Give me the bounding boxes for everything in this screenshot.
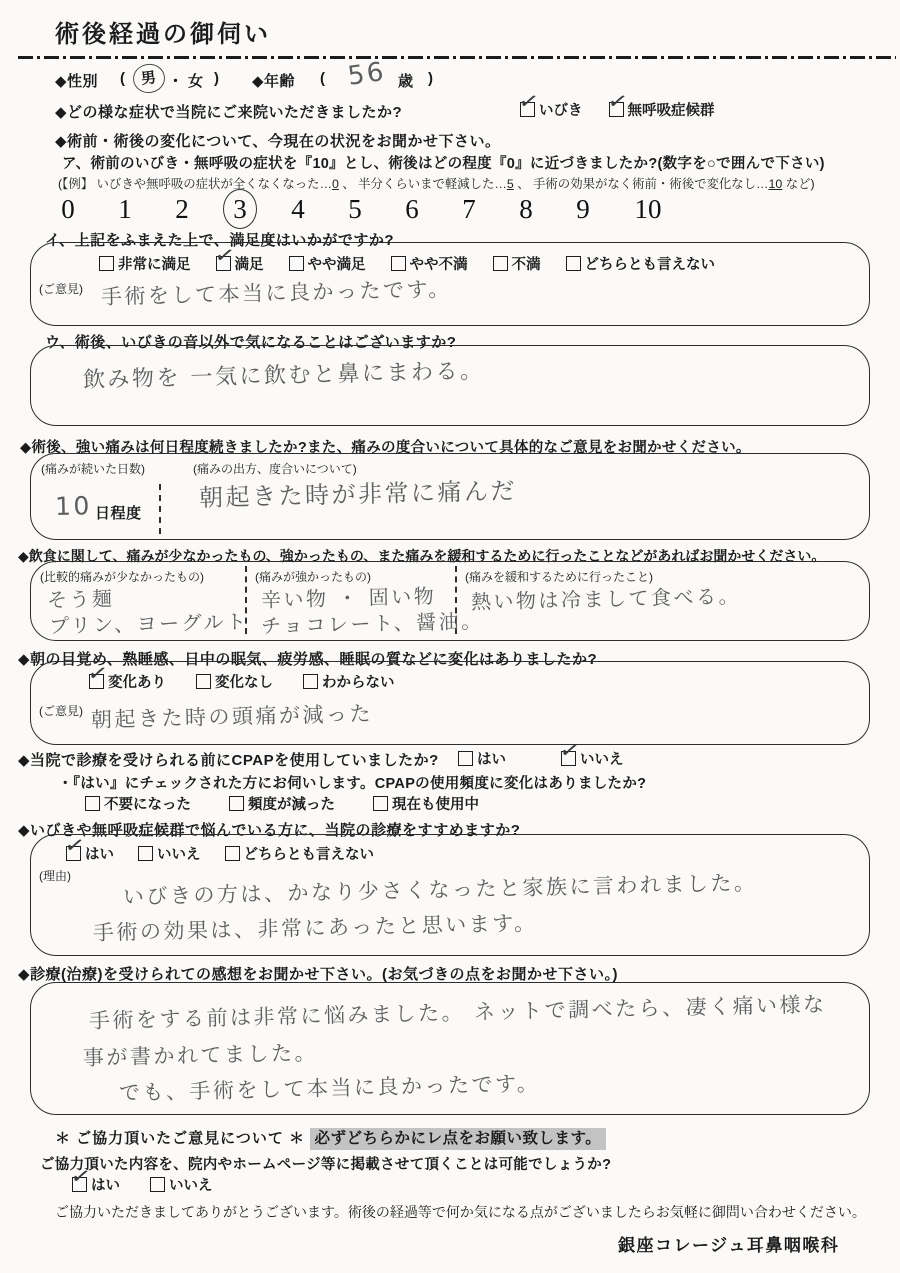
example-value-10: 10 <box>768 177 782 191</box>
checkbox-icon <box>89 674 104 689</box>
example-text: など) <box>782 177 814 191</box>
checkbox-label: 不要になった <box>104 793 191 814</box>
checkbox-icon <box>520 102 535 117</box>
rating-scale: 012345678910 <box>52 189 697 229</box>
scale-number[interactable]: 9 <box>567 190 599 228</box>
checkbox-icon <box>225 846 240 861</box>
age-paren-open: ( <box>320 70 326 87</box>
checkbox-cpap-no[interactable]: いいえ <box>561 748 624 769</box>
page-title: 術後経過の御伺い <box>55 14 271 49</box>
change-sub-question: ア、術前のいびき・無呼吸の症状を『10』とし、術後はどの程度『0』に近づきました… <box>62 152 825 173</box>
handwritten-food-low-pain-2: プリン、ヨーグルト <box>49 605 249 639</box>
checkbox-change-yes[interactable]: 変化あり <box>89 671 166 692</box>
checkbox-somewhat-satisfied[interactable]: やや満足 <box>289 253 366 274</box>
checkbox-label: 現在も使用中 <box>392 793 479 814</box>
checkbox-label: 無呼吸症候群 <box>628 99 715 120</box>
checkbox-icon <box>561 751 576 766</box>
checkbox-icon <box>196 674 211 689</box>
publish-options: はい いいえ <box>72 1174 213 1195</box>
scale-number[interactable]: 1 <box>109 190 141 228</box>
scale-number[interactable]: 7 <box>453 190 485 228</box>
gender-male-circled[interactable]: 男 <box>131 62 166 95</box>
checkbox-icon <box>303 674 318 689</box>
comment-label: (ご意見) <box>39 702 83 719</box>
checkbox-recommend-yes[interactable]: はい <box>66 843 114 864</box>
checkbox-label: はい <box>477 748 506 769</box>
checkbox-icon <box>391 256 406 271</box>
age-label: ◆年齢 <box>252 70 295 91</box>
handwritten-sleep-comment: 朝起きた時の頭痛が減った <box>91 698 374 734</box>
checkbox-change-no[interactable]: 変化なし <box>196 671 273 692</box>
recommend-options: はい いいえ どちらとも言えない <box>66 843 374 864</box>
checkbox-icon <box>216 256 231 271</box>
checkbox-recommend-no[interactable]: いいえ <box>138 843 201 864</box>
checkbox-icon <box>289 256 304 271</box>
checkbox-icon <box>99 256 114 271</box>
scale-number[interactable]: 3 <box>223 189 257 229</box>
checkbox-label: 頻度が減った <box>248 793 335 814</box>
checkbox-cpap-yes[interactable]: はい <box>458 748 506 769</box>
gender-paren-open: ( <box>120 70 126 87</box>
checkbox-snoring[interactable]: いびき <box>520 99 583 120</box>
checkbox-recommend-neither[interactable]: どちらとも言えない <box>225 843 375 864</box>
cpap-followup-options: 不要になった 頻度が減った 現在も使用中 <box>85 793 479 814</box>
answer-box-pain: (痛みが続いた日数) (痛みの出方、度合いについて) 10 日程度 朝起きた時が… <box>30 453 870 540</box>
checkbox-icon <box>566 256 581 271</box>
pain-days-label: (痛みが続いた日数) <box>41 460 145 477</box>
dash-dot-divider <box>18 56 896 59</box>
gender-female[interactable]: 女 <box>188 70 204 91</box>
checkbox-icon <box>150 1177 165 1192</box>
satisfaction-options: 非常に満足 満足 やや満足 やや不満 不満 どちらとも言えない <box>99 253 715 274</box>
checkbox-label: どちらとも言えない <box>585 253 716 274</box>
answer-box-impression: 手術をする前は非常に悩みました。 ネットで調べたら、凄く痛い様な 事が書かれてま… <box>30 982 870 1115</box>
checkbox-icon <box>66 846 81 861</box>
checkbox-label: 変化なし <box>215 671 273 692</box>
checkbox-change-unknown[interactable]: わからない <box>303 671 395 692</box>
handwritten-age: 56 <box>346 57 388 92</box>
checkbox-label: いいえ <box>580 748 624 769</box>
checkbox-very-satisfied[interactable]: 非常に満足 <box>99 253 191 274</box>
answer-box-recommend: はい いいえ どちらとも言えない (理由) いびきの方は、かなり少さくなったと家… <box>30 834 870 956</box>
handwritten-food-high-pain-2: チョコレート、醤油。 <box>261 605 484 639</box>
cpap-options: はい いいえ <box>458 748 624 769</box>
checkbox-satisfied[interactable]: 満足 <box>216 253 264 274</box>
column-divider <box>159 484 161 534</box>
publish-question: ご協力頂いた内容を、院内やホームページ等に掲載させて頂くことは可能でしょうか? <box>40 1153 611 1174</box>
age-unit: 歳 <box>398 70 414 91</box>
checkbox-label: やや満足 <box>308 253 366 274</box>
footer-note-prefix: ＊ ご協力頂いたご意見について ＊ <box>55 1130 305 1147</box>
reason-label: (理由) <box>39 867 71 884</box>
checkbox-icon <box>458 751 473 766</box>
handwritten-food-relief: 熱い物は冷まして食べる。 <box>471 580 742 615</box>
checkbox-label: 変化あり <box>108 671 166 692</box>
handwritten-reason-line-2: 手術の効果は、非常にあったと思います。 <box>93 907 538 947</box>
answer-box-sleep: 変化あり 変化なし わからない (ご意見) 朝起きた時の頭痛が減った <box>30 661 870 745</box>
questionnaire-scan: 術後経過の御伺い ◆性別 ( 男 ・ 女 ) ◆年齢 ( 56 歳 ) ◆どの様… <box>0 0 900 1273</box>
checkbox-cpap-unneeded[interactable]: 不要になった <box>85 793 191 814</box>
answer-box-other-concerns: 飲み物を 一気に飲むと鼻にまわる。 <box>30 345 870 426</box>
handwritten-pain-days: 10 <box>55 491 92 521</box>
symptom-question: ◆どの様な症状で当院にご来院いただきましたか? <box>55 101 402 122</box>
checkbox-publish-yes[interactable]: はい <box>72 1174 120 1195</box>
handwritten-reason-line-1: いびきの方は、かなり少さくなったと家族に言われました。 <box>123 867 758 911</box>
checkbox-dissatisfied[interactable]: 不満 <box>493 253 541 274</box>
scale-number[interactable]: 8 <box>510 190 542 228</box>
checkbox-label: どちらとも言えない <box>244 843 375 864</box>
answer-box-food: (比較的痛みが少なかったもの) (痛みが強かったもの) (痛みを緩和するために行… <box>30 561 870 641</box>
checkbox-label: 不満 <box>512 253 541 274</box>
food-col1-label: (比較的痛みが少なかったもの) <box>40 568 204 585</box>
handwritten-impression-line-1: 手術をする前は非常に悩みました。 ネットで調べたら、凄く痛い様な <box>89 988 827 1035</box>
scale-number[interactable]: 0 <box>52 190 84 228</box>
checkbox-somewhat-dissatisfied[interactable]: やや不満 <box>391 253 468 274</box>
checkbox-icon <box>85 796 100 811</box>
checkbox-icon <box>138 846 153 861</box>
checkbox-label: わからない <box>322 671 395 692</box>
thanks-message: ご協力いただきましてありがとうございます。術後の経過等で何か気になる点がございま… <box>55 1202 866 1222</box>
checkbox-label: 非常に満足 <box>118 253 191 274</box>
sleep-options: 変化あり 変化なし わからない <box>89 671 395 692</box>
checkbox-label: いびき <box>539 99 583 120</box>
checkbox-label: 満足 <box>235 253 264 274</box>
symptom-options: いびき 無呼吸症候群 <box>520 99 715 120</box>
scale-number[interactable]: 2 <box>166 190 198 228</box>
gender-dot: ・ <box>168 70 184 91</box>
checkbox-apnea[interactable]: 無呼吸症候群 <box>609 99 715 120</box>
checkbox-label: はい <box>91 1174 120 1195</box>
handwritten-other-concerns: 飲み物を 一気に飲むと鼻にまわる。 <box>83 354 485 394</box>
checkbox-icon <box>373 796 388 811</box>
handwritten-satisfaction-comment: 手術をして本当に良かったです。 <box>101 273 452 311</box>
footer-note: ＊ ご協力頂いたご意見について ＊ 必ずどちらかにレ点をお願い致します。 <box>55 1126 606 1148</box>
clinic-name: 銀座コレージュ耳鼻咽喉科 <box>618 1231 839 1256</box>
checkbox-cpap-still-using[interactable]: 現在も使用中 <box>373 793 479 814</box>
checkbox-icon <box>72 1177 87 1192</box>
scale-number[interactable]: 4 <box>282 190 314 228</box>
cpap-followup-question: ・『はい』にチェックされた方にお伺いします。CPAPの使用頻度に変化はありました… <box>58 772 646 793</box>
handwritten-impression-line-2: 事が書かれてました。 <box>83 1037 319 1072</box>
cpap-question: ◆当院で診療を受けられる前にCPAPを使用していましたか? <box>18 749 439 770</box>
checkbox-publish-no[interactable]: いいえ <box>150 1174 213 1195</box>
scale-number[interactable]: 5 <box>339 190 371 228</box>
checkbox-label: いいえ <box>169 1174 213 1195</box>
handwritten-pain-detail: 朝起きた時が非常に痛んだ <box>199 471 518 513</box>
scale-number[interactable]: 10 <box>624 190 672 228</box>
checkbox-icon <box>229 796 244 811</box>
age-paren-close: ) <box>428 70 434 87</box>
handwritten-impression-line-3: でも、手術をして本当に良かったです。 <box>119 1067 541 1107</box>
checkbox-icon <box>609 102 624 117</box>
answer-box-satisfaction: 非常に満足 満足 やや満足 やや不満 不満 どちらとも言えない (ご意見) 手術… <box>30 242 870 326</box>
pain-days-unit: 日程度 <box>95 502 142 523</box>
impression-question: ◆診療(治療)を受けられての感想をお聞かせ下さい。(お気づきの点をお聞かせ下さい… <box>18 963 618 984</box>
scale-number[interactable]: 6 <box>396 190 428 228</box>
checkbox-label: やや不満 <box>410 253 468 274</box>
gender-paren-close: ) <box>214 70 220 87</box>
checkbox-cpap-reduced[interactable]: 頻度が減った <box>229 793 335 814</box>
gender-label: ◆性別 <box>55 70 98 91</box>
checkbox-neither[interactable]: どちらとも言えない <box>566 253 716 274</box>
change-heading: ◆術前・術後の変化について、今現在の状況をお聞かせ下さい。 <box>55 130 500 151</box>
footer-note-highlight: 必ずどちらかにレ点をお願い致します。 <box>310 1128 607 1150</box>
checkbox-label: いいえ <box>157 843 201 864</box>
comment-label: (ご意見) <box>39 280 83 297</box>
checkbox-label: はい <box>85 843 114 864</box>
checkbox-icon <box>493 256 508 271</box>
